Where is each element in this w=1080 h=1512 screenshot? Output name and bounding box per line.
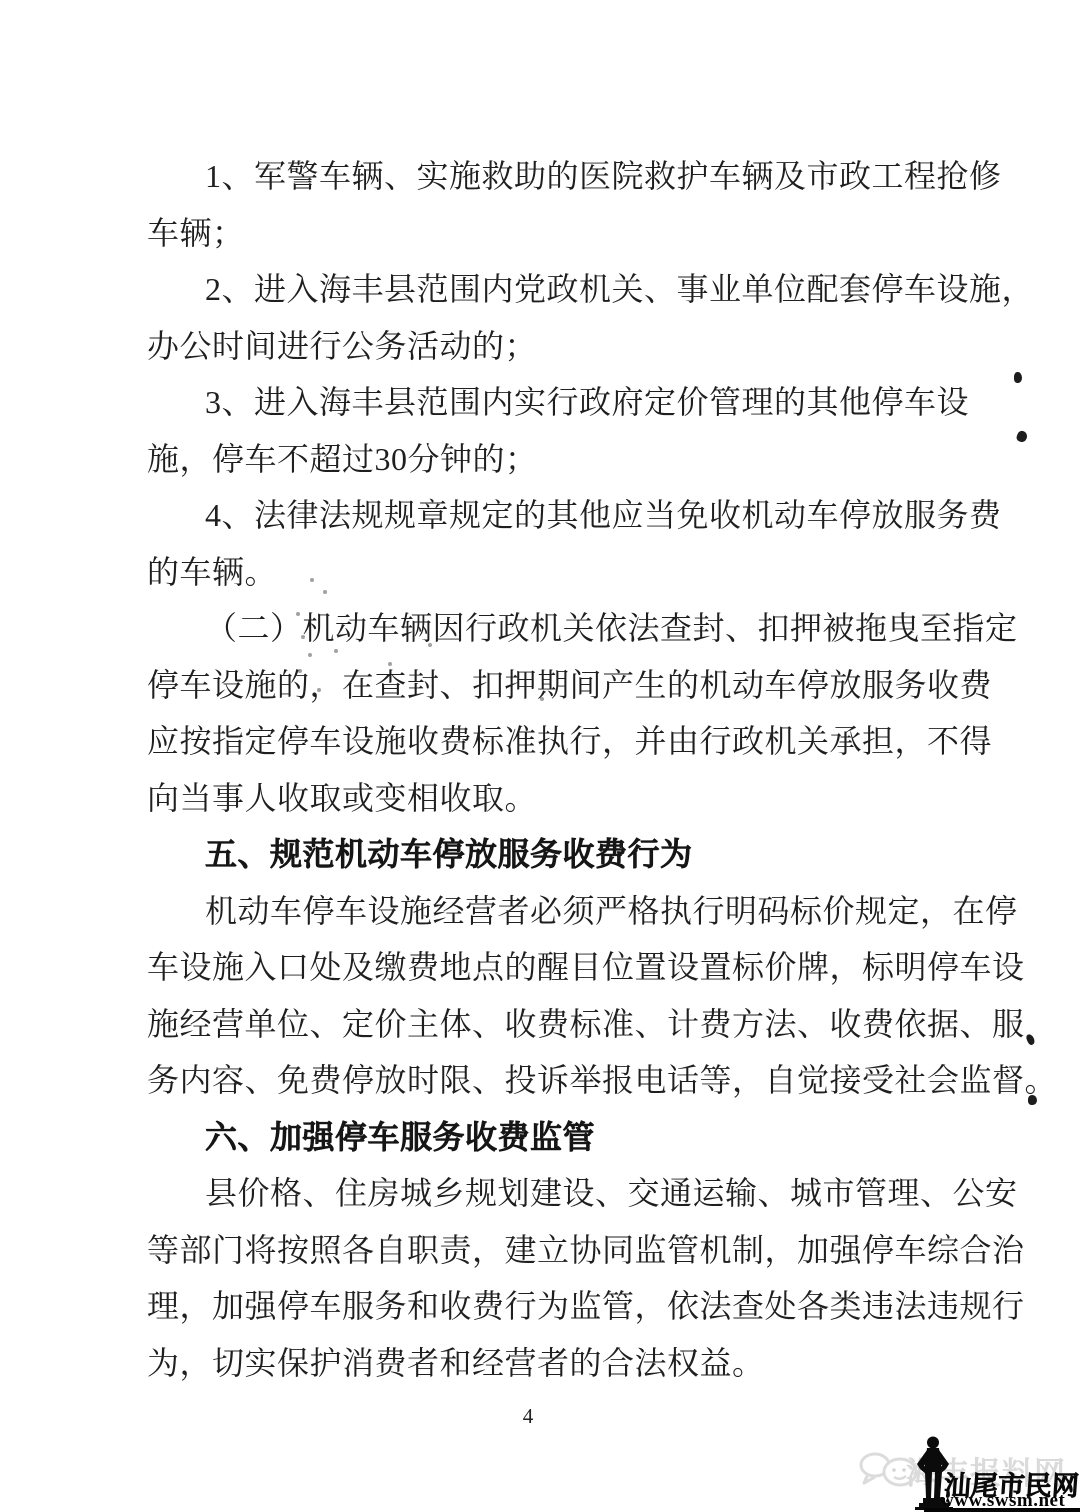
- url-underline: [924, 1508, 1080, 1512]
- body-line: 1、军警车辆、实施救助的医院救护车辆及市政工程抢修: [147, 148, 923, 205]
- ink-speck: [1015, 430, 1028, 444]
- stain-dot: [301, 635, 305, 639]
- body-line: 车辆；: [147, 205, 923, 262]
- body-line: 向当事人收取或变相收取。: [147, 770, 923, 827]
- stain-dot: [296, 612, 300, 616]
- heading-line: 五、规范机动车停放服务收费行为: [147, 826, 923, 883]
- document-page: 1、军警车辆、实施救助的医院救护车辆及市政工程抢修车辆；2、进入海丰县范围内党政…: [0, 0, 1080, 1512]
- body-line: 停车设施的，在查封、扣押期间产生的机动车停放服务收费: [147, 657, 923, 714]
- ink-speck: [1028, 1095, 1037, 1105]
- body-line: 应按指定停车设施收费标准执行，并由行政机关承担，不得: [147, 713, 923, 770]
- body-line: 4、法律法规规章规定的其他应当免收机动车停放服务费: [147, 487, 923, 544]
- body-line: 施，停车不超过30分钟的；: [147, 431, 923, 488]
- stain-dot: [323, 590, 327, 594]
- ink-speck: [1025, 1033, 1036, 1046]
- body-line: 县价格、住房城乡规划建设、交通运输、城市管理、公安: [147, 1165, 923, 1222]
- stain-dot: [308, 653, 312, 657]
- body-line: 理，加强停车服务和收费行为监管，依法查处各类违法违规行: [147, 1278, 923, 1335]
- body-line: 务内容、免费停放时限、投诉举报电话等，自觉接受社会监督。: [147, 1052, 923, 1109]
- document-body: 1、军警车辆、实施救助的医院救护车辆及市政工程抢修车辆；2、进入海丰县范围内党政…: [147, 148, 923, 1391]
- body-line: 机动车停车设施经营者必须严格执行明码标价规定，在停: [147, 883, 923, 940]
- page-number: 4: [0, 1404, 1056, 1429]
- stain-dot: [334, 649, 338, 653]
- site-logo: 海丰报料网 汕尾市民网 www.swsm.net: [840, 1428, 1080, 1512]
- stain-dot: [388, 662, 392, 666]
- stain-dot: [310, 578, 314, 582]
- stain-dot: [317, 688, 321, 692]
- heading-line: 六、加强停车服务收费监管: [147, 1109, 923, 1166]
- stain-dot: [298, 669, 302, 673]
- body-line: 办公时间进行公务活动的；: [147, 318, 923, 375]
- body-line: 等部门将按照各自职责，建立协同监管机制，加强停车综合治: [147, 1222, 923, 1279]
- body-line: 车设施入口处及缴费地点的醒目位置设置标价牌，标明停车设: [147, 939, 923, 996]
- stain-dot: [540, 697, 544, 701]
- body-line: （二）机动车辆因行政机关依法查封、扣押被拖曳至指定: [147, 600, 923, 657]
- body-line: 3、进入海丰县范围内实行政府定价管理的其他停车设: [147, 374, 923, 431]
- ink-speck: [1014, 372, 1022, 383]
- body-line: 为，切实保护消费者和经营者的合法权益。: [147, 1335, 923, 1392]
- stain-dot: [428, 643, 432, 647]
- body-line: 的车辆。: [147, 544, 923, 601]
- body-line: 2、进入海丰县范围内党政机关、事业单位配套停车设施，: [147, 261, 923, 318]
- body-line: 施经营单位、定价主体、收费标准、计费方法、收费依据、服: [147, 996, 923, 1053]
